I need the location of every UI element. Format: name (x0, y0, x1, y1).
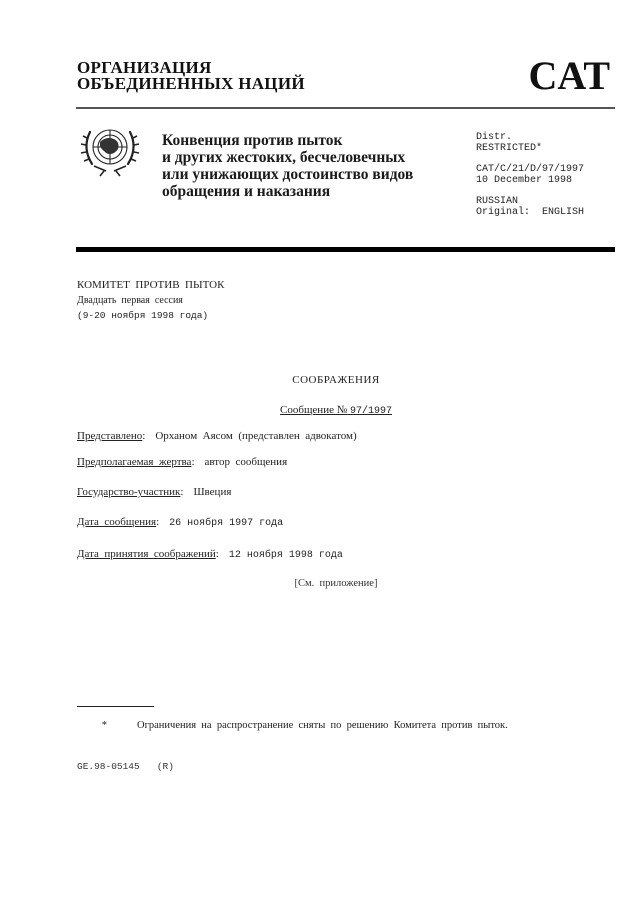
convention-title-line: или унижающих достоинство видов (162, 166, 413, 183)
doc-language: RUSSIAN (476, 196, 584, 207)
convention-title-line: Конвенция против пыток (162, 132, 413, 149)
field-communication-date: Дата сообщения:26 ноября 1997 года (77, 516, 283, 529)
field-alleged-victim: Предполагаемая жертва:автор сообщения (77, 456, 287, 468)
views-heading: СООБРАЖЕНИЯ (0, 374, 640, 386)
un-emblem-icon (78, 118, 142, 180)
field-value: 12 ноября 1998 года (229, 550, 343, 561)
convention-title: Конвенция против пыток и других жестоких… (162, 132, 413, 200)
committee-session: Двадцать первая сессия (77, 293, 224, 308)
field-label: Государство-участник (77, 486, 180, 498)
committee-session-dates: (9-20 ноября 1998 года) (77, 308, 224, 323)
convention-title-line: и других жестоких, бесчеловечных (162, 149, 413, 166)
footnote-marker: * (77, 720, 107, 731)
committee-name: КОМИТЕТ ПРОТИВ ПЫТОК (77, 278, 224, 293)
job-number: GE.98-05145 (R) (77, 761, 174, 772)
organization-line-2: ОБЪЕДИНЕННЫХ НАЦИЙ (77, 76, 305, 92)
field-adoption-date: Дата принятия соображений:12 ноября 1998… (77, 548, 343, 561)
title-rule (76, 247, 615, 252)
distribution-block: Distr. RESTRICTED* CAT/C/21/D/97/1997 10… (476, 132, 584, 218)
footnote-rule (77, 706, 154, 707)
field-value: автор сообщения (205, 456, 288, 468)
field-label: Представлено (77, 430, 142, 442)
footnote-text: Ограничения на распространение сняты по … (137, 720, 508, 731)
distr-value: RESTRICTED* (476, 143, 584, 154)
field-submitted-by: Представлено:Орханом Аясом (представлен … (77, 430, 357, 442)
communication-label-text: Сообщение № (280, 404, 347, 416)
doc-symbol: CAT/C/21/D/97/1997 (476, 164, 584, 175)
field-value: Швеция (193, 486, 231, 498)
field-value: 26 ноября 1997 года (169, 518, 283, 529)
convention-title-line: обращения и наказания (162, 183, 413, 200)
committee-block: КОМИТЕТ ПРОТИВ ПЫТОК Двадцать первая сес… (77, 278, 224, 323)
document-symbol-cat: CAT (529, 54, 610, 98)
organization-name: ОРГАНИЗАЦИЯ ОБЪЕДИНЕННЫХ НАЦИЙ (77, 60, 305, 92)
footnote: *Ограничения на распространение сняты по… (77, 720, 508, 731)
communication-label: Сообщение № 97/1997 (280, 404, 392, 416)
doc-original-language: Original: ENGLISH (476, 207, 584, 218)
annex-note: [См. приложение] (0, 578, 640, 589)
field-label: Дата принятия соображений (77, 548, 216, 560)
field-state-party: Государство-участник:Швеция (77, 486, 231, 498)
header-rule (76, 107, 615, 109)
doc-date: 10 December 1998 (476, 175, 584, 186)
communication-number: Сообщение № 97/1997 (0, 404, 640, 417)
field-label: Дата сообщения (77, 516, 156, 528)
field-value: Орханом Аясом (представлен адвокатом) (155, 430, 356, 442)
communication-number-value: 97/1997 (350, 406, 392, 417)
field-label: Предполагаемая жертва (77, 456, 191, 468)
distr-label: Distr. (476, 132, 584, 143)
